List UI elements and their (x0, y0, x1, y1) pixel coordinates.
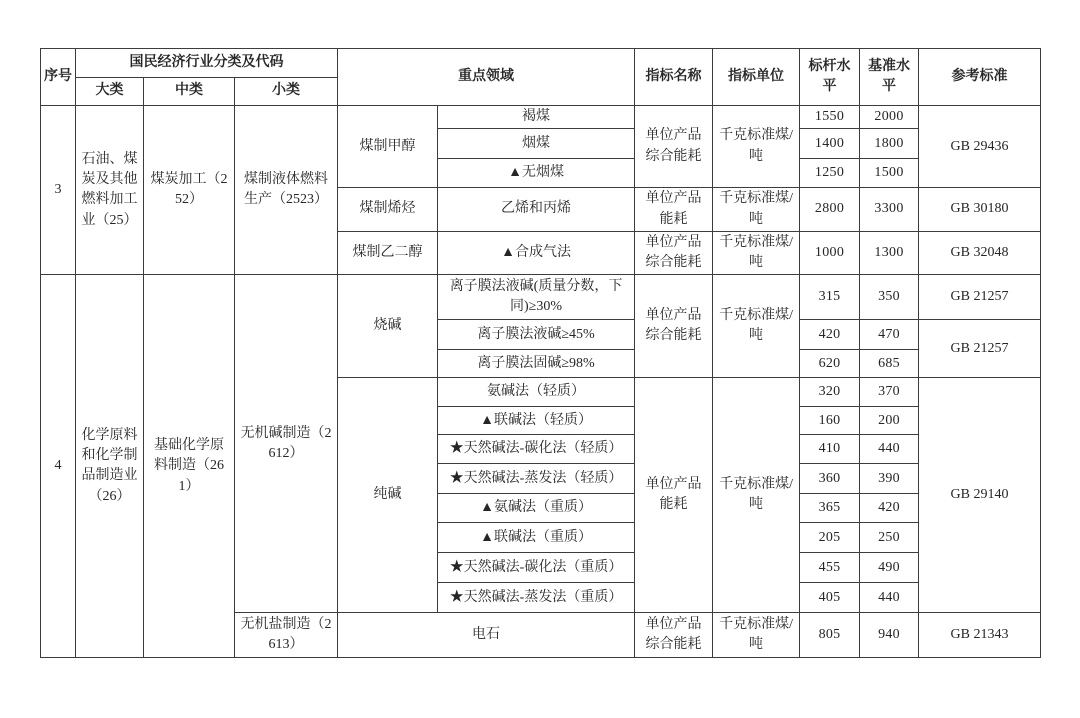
cell-reference: GB 29436 (919, 106, 1041, 188)
header-mid: 中类 (144, 78, 235, 106)
cell-unit: 千克标准煤/吨 (713, 378, 800, 613)
cell-baseline: 2000 (860, 106, 919, 129)
cell-benchmark: 410 (800, 435, 860, 464)
cell-benchmark: 315 (800, 275, 860, 320)
cell-unit: 千克标准煤/吨 (713, 275, 800, 378)
cell-baseline: 420 (860, 494, 919, 523)
header-row-1: 序号 国民经济行业分类及代码 重点领域 指标名称 指标单位 标杆水平 基准水平 … (41, 49, 1041, 78)
cell-benchmark: 420 (800, 320, 860, 350)
cell-benchmark: 405 (800, 583, 860, 613)
header-major: 大类 (76, 78, 144, 106)
cell-reference: GB 30180 (919, 188, 1041, 232)
cell-sub-item: ★天然碱法-碳化法（重质） (438, 553, 635, 583)
cell-field: 煤制烯烃 (338, 188, 438, 232)
cell-indicator: 单位产品能耗 (635, 188, 713, 232)
cell-benchmark: 805 (800, 613, 860, 658)
cell-baseline: 250 (860, 523, 919, 553)
cell-mid-industry: 基础化学原料制造（261） (144, 275, 235, 658)
cell-field: 烧碱 (338, 275, 438, 378)
header-minor: 小类 (235, 78, 338, 106)
cell-field: 煤制乙二醇 (338, 231, 438, 275)
cell-benchmark: 455 (800, 553, 860, 583)
cell-serial: 3 (41, 106, 76, 275)
cell-indicator: 单位产品综合能耗 (635, 106, 713, 188)
cell-sub-item: 褐煤 (438, 106, 635, 129)
cell-major-industry: 化学原料和化学制品制造业（26） (76, 275, 144, 658)
cell-baseline: 470 (860, 320, 919, 350)
cell-reference: GB 29140 (919, 378, 1041, 613)
cell-baseline: 440 (860, 435, 919, 464)
cell-unit: 千克标准煤/吨 (713, 231, 800, 275)
cell-sub-item: 离子膜法液碱≥45% (438, 320, 635, 350)
cell-benchmark: 320 (800, 378, 860, 407)
cell-baseline: 200 (860, 407, 919, 435)
table-row: 4 化学原料和化学制品制造业（26） 基础化学原料制造（261） 无机碱制造（2… (41, 275, 1041, 320)
table-row: 3 石油、煤炭及其他燃料加工业（25） 煤炭加工（252） 煤制液体燃料生产（2… (41, 106, 1041, 129)
cell-baseline: 1800 (860, 129, 919, 159)
cell-sub-item: ★天然碱法-碳化法（轻质） (438, 435, 635, 464)
cell-sub-item: 离子膜法固碱≥98% (438, 350, 635, 378)
cell-benchmark: 620 (800, 350, 860, 378)
cell-serial: 4 (41, 275, 76, 658)
cell-baseline: 1500 (860, 159, 919, 188)
header-reference: 参考标准 (919, 49, 1041, 106)
cell-sub-item: 烟煤 (438, 129, 635, 159)
cell-major-industry: 石油、煤炭及其他燃料加工业（25） (76, 106, 144, 275)
cell-field: 纯碱 (338, 378, 438, 613)
cell-sub-item: ▲联碱法（轻质） (438, 407, 635, 435)
cell-benchmark: 365 (800, 494, 860, 523)
cell-sub-item: ▲联碱法（重质） (438, 523, 635, 553)
cell-reference: GB 32048 (919, 231, 1041, 275)
cell-baseline: 490 (860, 553, 919, 583)
cell-benchmark: 360 (800, 464, 860, 494)
cell-benchmark: 160 (800, 407, 860, 435)
header-benchmark: 标杆水平 (800, 49, 860, 106)
cell-baseline: 1300 (860, 231, 919, 275)
cell-baseline: 350 (860, 275, 919, 320)
cell-baseline: 390 (860, 464, 919, 494)
cell-baseline: 940 (860, 613, 919, 658)
cell-sub-item: ▲氨碱法（重质） (438, 494, 635, 523)
cell-benchmark: 205 (800, 523, 860, 553)
cell-benchmark: 1400 (800, 129, 860, 159)
cell-reference: GB 21257 (919, 320, 1041, 378)
cell-unit: 千克标准煤/吨 (713, 188, 800, 232)
cell-minor-industry: 煤制液体燃料生产（2523） (235, 106, 338, 275)
cell-mid-industry: 煤炭加工（252） (144, 106, 235, 275)
benchmark-standards-table: 序号 国民经济行业分类及代码 重点领域 指标名称 指标单位 标杆水平 基准水平 … (40, 48, 1041, 658)
cell-indicator: 单位产品综合能耗 (635, 231, 713, 275)
cell-benchmark: 1550 (800, 106, 860, 129)
cell-baseline: 440 (860, 583, 919, 613)
cell-sub-item: 乙烯和丙烯 (438, 188, 635, 232)
cell-indicator: 单位产品综合能耗 (635, 613, 713, 658)
cell-benchmark: 1000 (800, 231, 860, 275)
cell-baseline: 370 (860, 378, 919, 407)
cell-sub-item: ★天然碱法-蒸发法（重质） (438, 583, 635, 613)
cell-benchmark: 2800 (800, 188, 860, 232)
header-field: 重点领域 (338, 49, 635, 106)
cell-field: 电石 (338, 613, 635, 658)
cell-sub-item: ▲合成气法 (438, 231, 635, 275)
cell-baseline: 3300 (860, 188, 919, 232)
cell-baseline: 685 (860, 350, 919, 378)
cell-reference: GB 21343 (919, 613, 1041, 658)
cell-unit: 千克标准煤/吨 (713, 106, 800, 188)
document-page: 序号 国民经济行业分类及代码 重点领域 指标名称 指标单位 标杆水平 基准水平 … (0, 0, 1080, 718)
cell-minor-industry: 无机碱制造（2612） (235, 275, 338, 613)
cell-sub-item: ▲无烟煤 (438, 159, 635, 188)
header-industry-group: 国民经济行业分类及代码 (76, 49, 338, 78)
cell-field: 煤制甲醇 (338, 106, 438, 188)
cell-benchmark: 1250 (800, 159, 860, 188)
cell-reference: GB 21257 (919, 275, 1041, 320)
header-indicator: 指标名称 (635, 49, 713, 106)
cell-indicator: 单位产品综合能耗 (635, 275, 713, 378)
cell-sub-item: ★天然碱法-蒸发法（轻质） (438, 464, 635, 494)
cell-indicator: 单位产品能耗 (635, 378, 713, 613)
cell-sub-item: 氨碱法（轻质） (438, 378, 635, 407)
header-baseline: 基准水平 (860, 49, 919, 106)
cell-unit: 千克标准煤/吨 (713, 613, 800, 658)
header-unit: 指标单位 (713, 49, 800, 106)
header-serial: 序号 (41, 49, 76, 106)
cell-minor-industry: 无机盐制造（2613） (235, 613, 338, 658)
cell-sub-item: 离子膜法液碱(质量分数，下同)≥30% (438, 275, 635, 320)
